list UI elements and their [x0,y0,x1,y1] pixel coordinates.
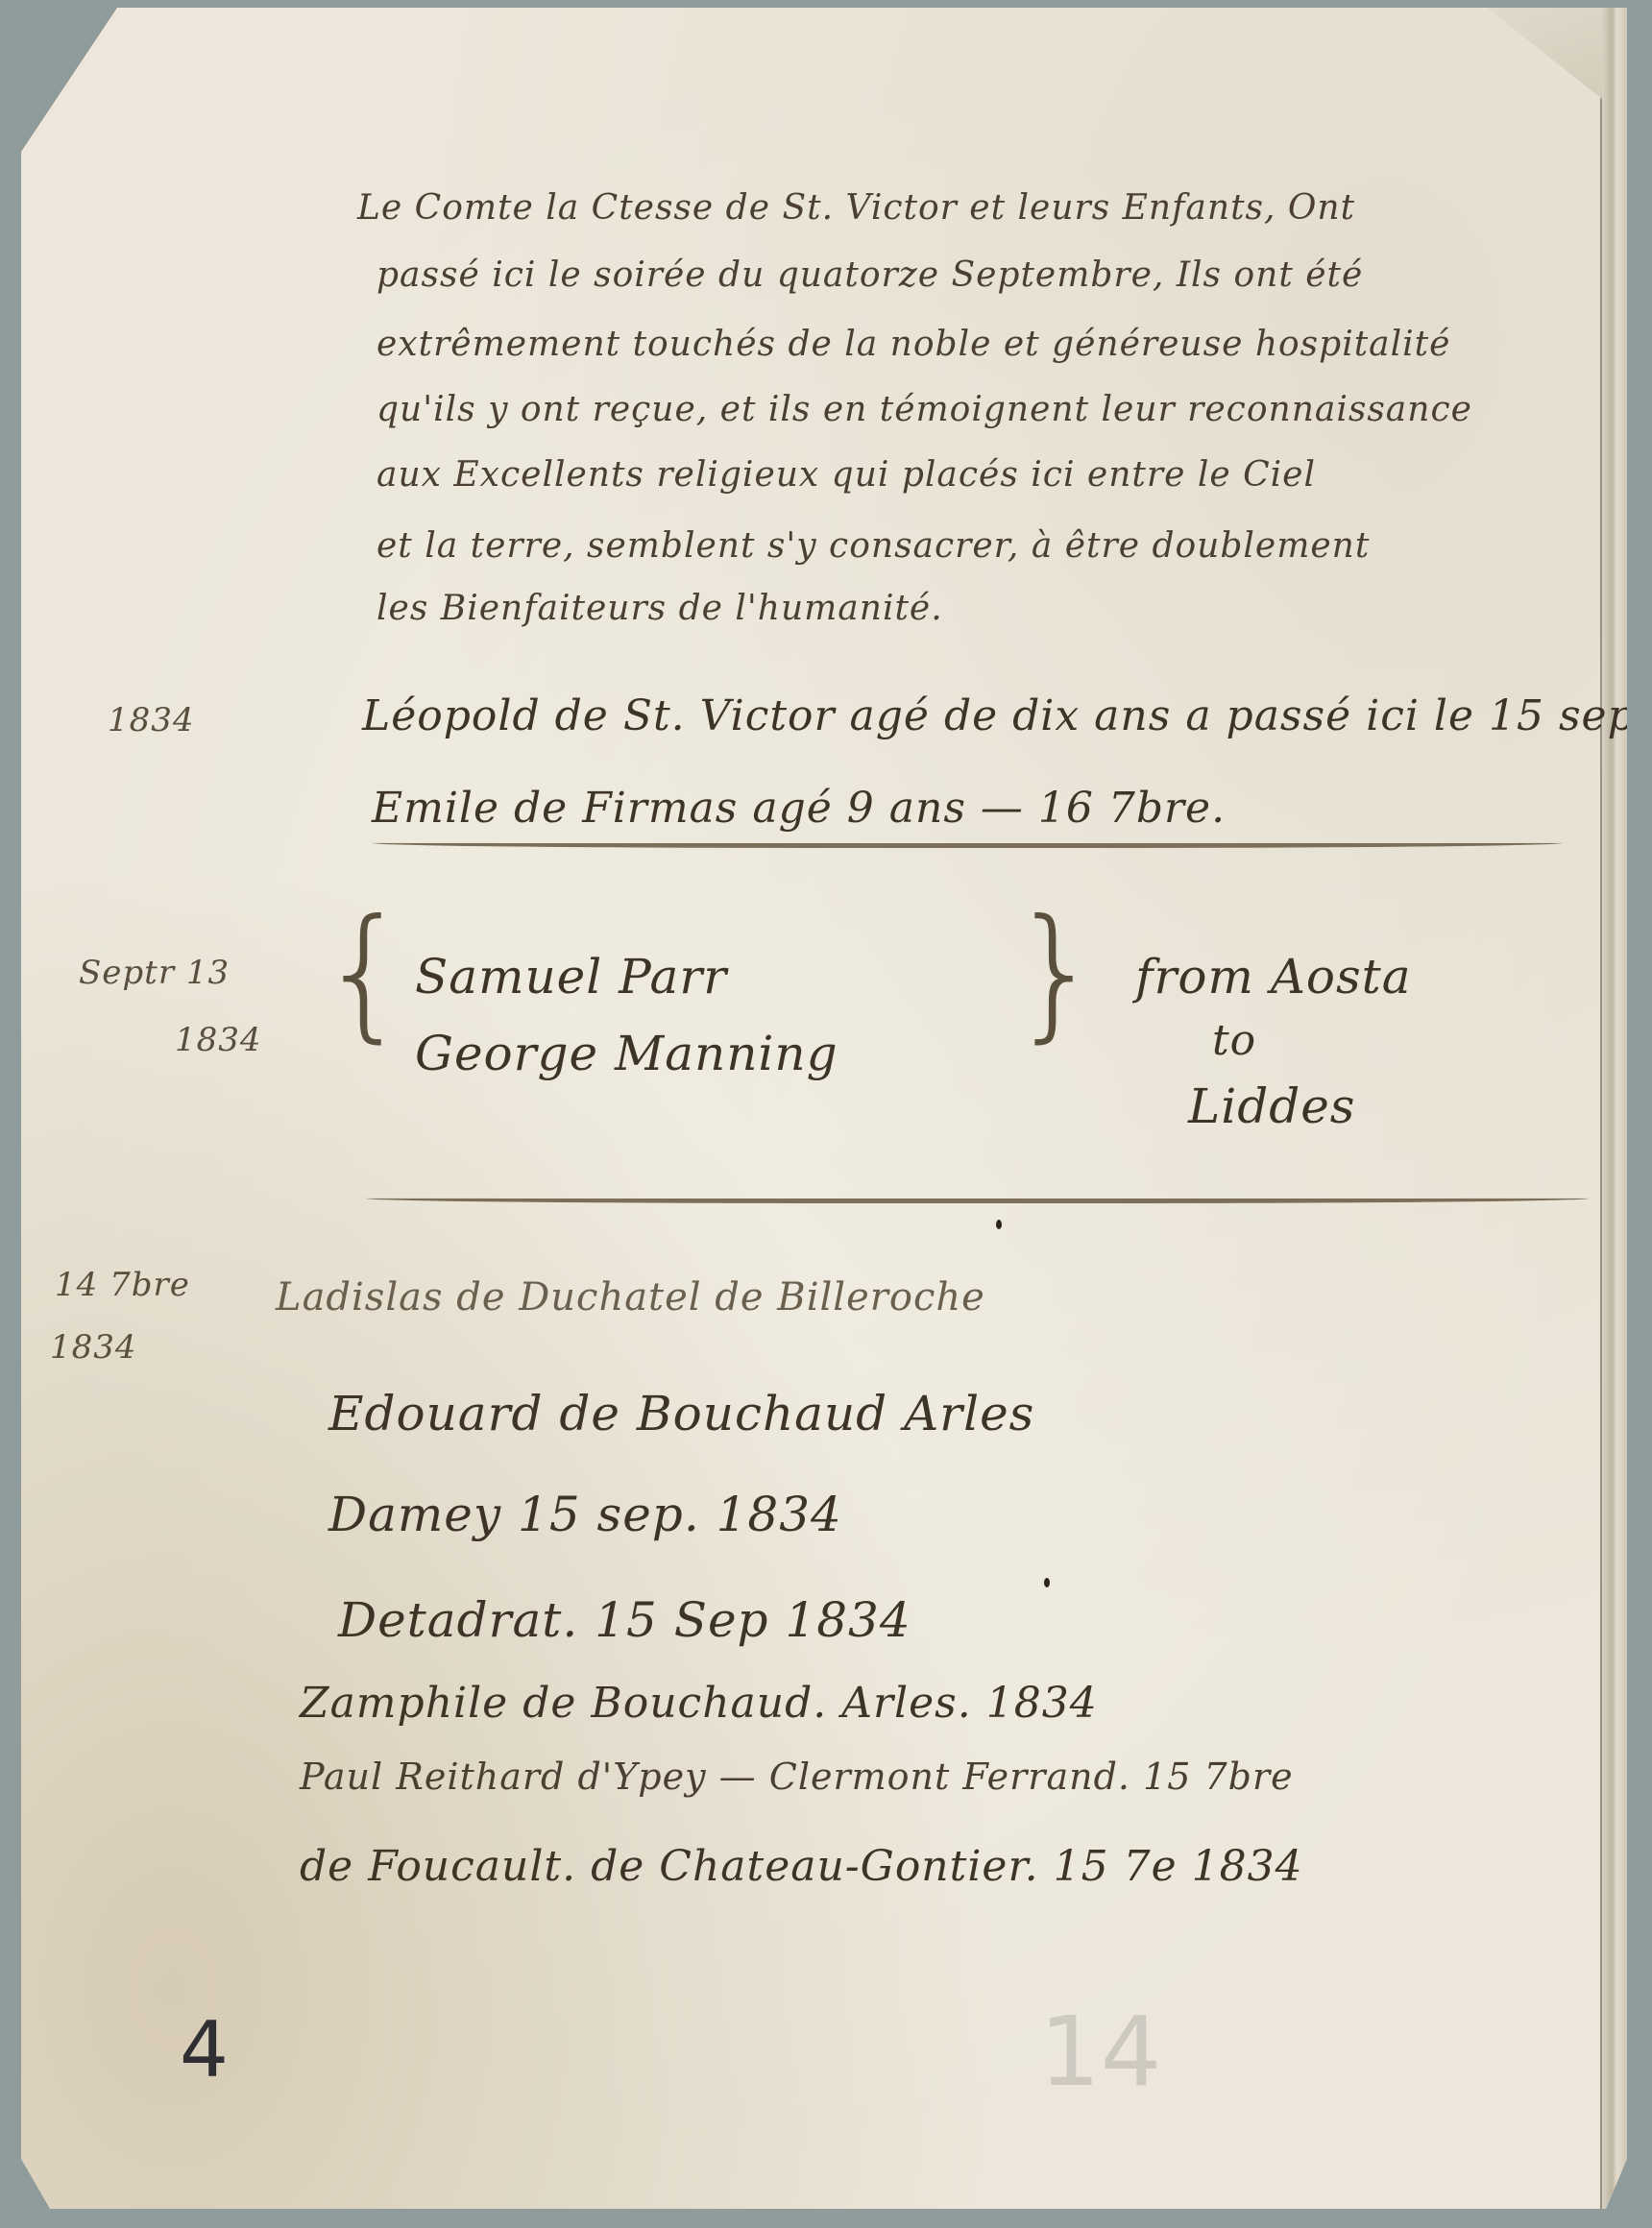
route-from-aosta: from Aosta [1135,949,1412,1005]
entry-foucault: de Foucault. de Chateau-Gontier. 15 7e 1… [300,1842,1303,1891]
page-number: 4 [180,2005,229,2095]
entry-emile: Emile de Firmas agé 9 ans — 16 7bre. [372,784,1226,833]
entry-detadrat: Detadrat. 15 Sep 1834 [338,1592,911,1648]
entry-paul: Paul Reithard d'Ypey — Clermont Ferrand.… [300,1756,1294,1798]
paragraph-line-4: qu'ils y ont reçue, et ils en témoignent… [377,390,1472,429]
route-liddes: Liddes [1188,1078,1355,1134]
ink-blot [996,1220,1002,1229]
right-brace: } [1010,901,1102,1045]
book-spine [1600,8,1627,2209]
bleed-through-number: 14 [1039,1996,1161,2108]
paragraph-line-7: les Bienfaiteurs de l'humanité. [377,589,943,628]
margin-date-sept13: Septr 13 [79,954,230,992]
page-fold [1487,8,1602,99]
divider-wavy-2 [365,1191,1590,1203]
margin-date-1834: 1834 [108,701,195,739]
paragraph-line-5: aux Excellents religieux qui placés ici … [377,455,1316,495]
ink-blot [1044,1578,1050,1587]
entry-zamphile: Zamphile de Bouchaud. Arles. 1834 [300,1679,1098,1728]
entry-ladislas: Ladislas de Duchatel de Billeroche [276,1275,985,1320]
paragraph-line-3: extrêmement touchés de la noble et génér… [377,325,1450,364]
entry-edouard: Edouard de Bouchaud Arles [328,1386,1034,1441]
margin-date-14-7bre-year: 1834 [50,1328,137,1367]
route-to: to [1212,1016,1256,1065]
divider-wavy-1 [372,835,1563,848]
paragraph-line-1: Le Comte la Ctesse de St. Victor et leur… [357,188,1355,228]
manuscript-page: Le Comte la Ctesse de St. Victor et leur… [12,8,1627,2209]
name-george-manning: George Manning [415,1026,838,1081]
entry-damey: Damey 15 sep. 1834 [328,1487,842,1542]
margin-date-sept13-year: 1834 [175,1021,262,1059]
entry-leopold: Léopold de St. Victor agé de dix ans a p… [362,691,1652,740]
left-brace: { [319,901,410,1045]
paragraph-line-6: et la terre, semblent s'y consacrer, à ê… [377,526,1370,566]
paragraph-line-2: passé ici le soirée du quatorze Septembr… [377,255,1363,295]
margin-date-14-7bre: 14 7bre [55,1266,190,1304]
name-samuel-parr: Samuel Parr [415,949,727,1005]
